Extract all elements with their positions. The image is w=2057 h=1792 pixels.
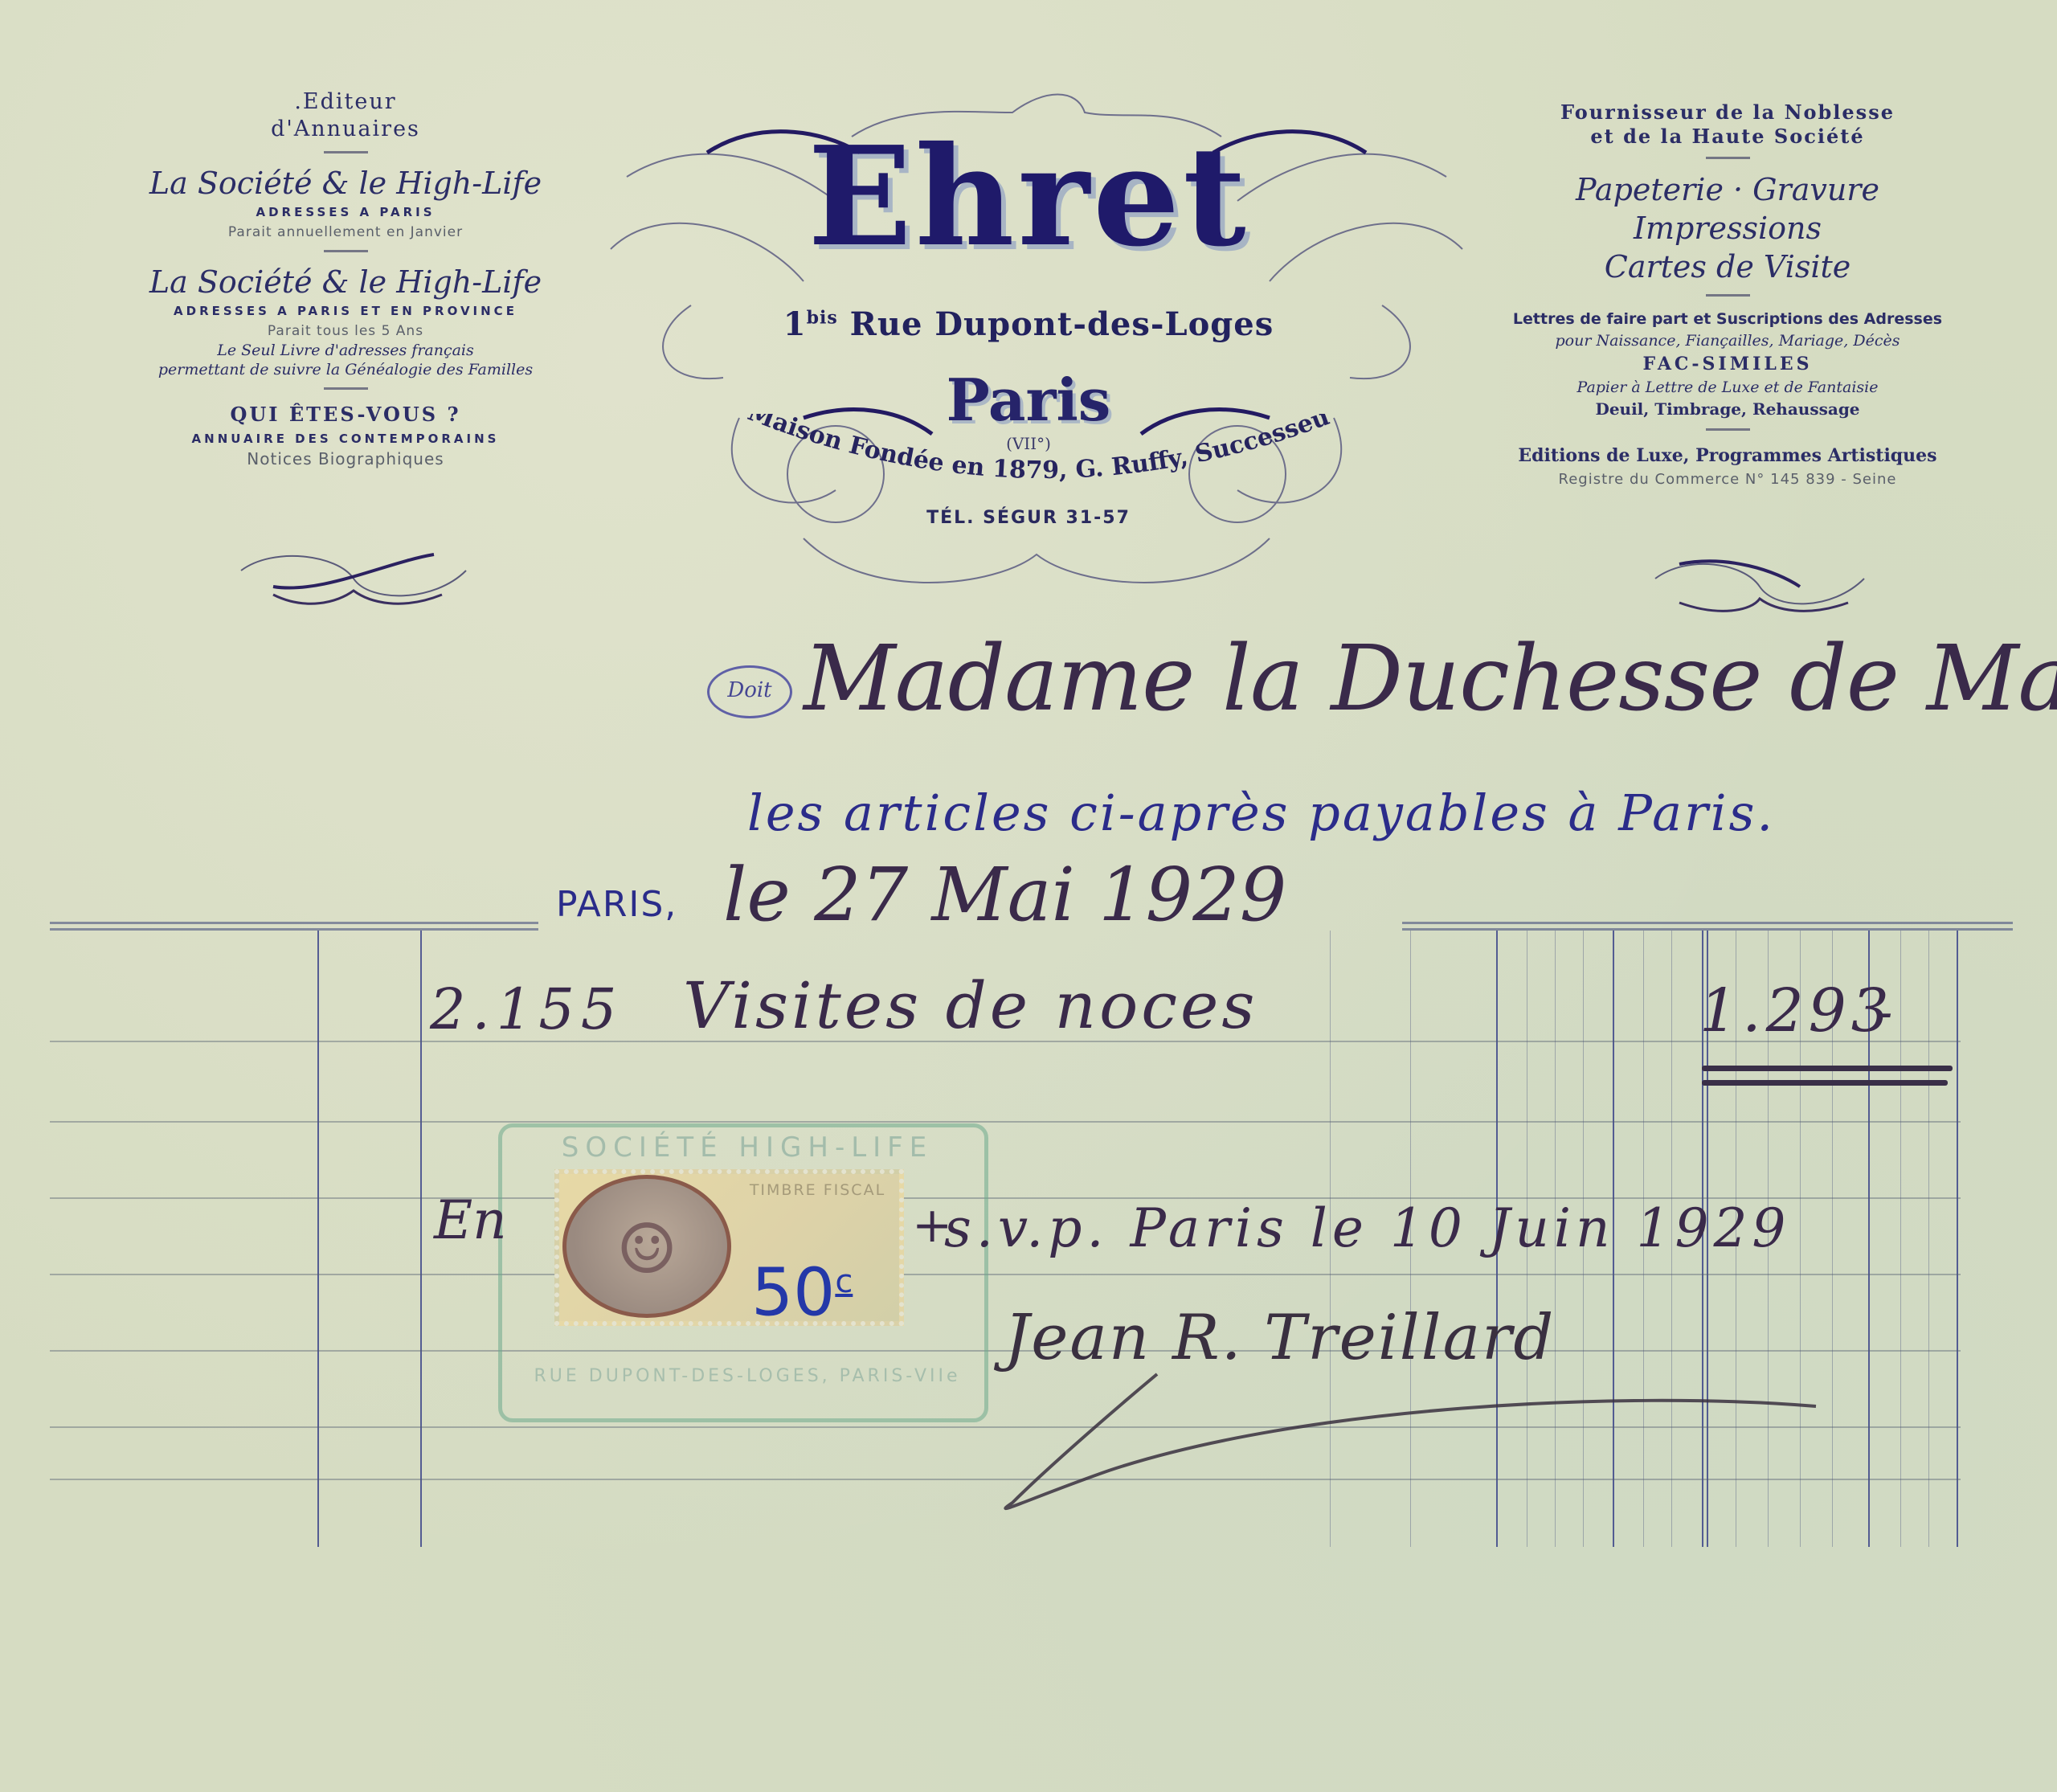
right-flourish-icon	[1639, 554, 1880, 619]
publication-3-note: Notices Biographiques	[96, 449, 595, 468]
publication-2-frequency: Parait tous les 5 Ans	[96, 321, 595, 341]
publication-1-subtitle: ADRESSES A PARIS	[96, 202, 595, 223]
annuaires-label: d'Annuaires	[96, 116, 595, 143]
line-item-amount-suffix: -	[1876, 984, 1892, 1041]
registry-label: Registre du Commerce N° 145 839 - Seine	[1478, 469, 1977, 490]
doit-badge: Doit	[707, 665, 792, 718]
divider	[1706, 294, 1750, 297]
divider	[324, 250, 368, 252]
left-flourish-icon	[225, 546, 482, 611]
total-underline-1	[1702, 1066, 1953, 1071]
letters-line-2: pour Naissance, Fiançailles, Mariage, Dé…	[1478, 330, 1977, 351]
signature-flourish-icon	[900, 1358, 1832, 1519]
publication-3-title: QUI ÊTES-VOUS ?	[96, 401, 595, 428]
publication-2-title: La Société & le High-Life	[96, 264, 595, 301]
divider	[1706, 428, 1750, 431]
telephone: TÉL. SÉGUR 31-57	[924, 508, 1133, 528]
brand-name: Ehret	[755, 121, 1302, 273]
letterhead-left-column: .Editeur d'Annuaires La Société & le Hig…	[96, 88, 595, 468]
founded-arc-text: Maison Fondée en 1879, G. Ruffy, Success…	[739, 414, 1350, 502]
svg-text:Maison Fondée en 1879, G. Ruff: Maison Fondée en 1879, G. Ruffy, Success…	[739, 414, 1333, 485]
receipt-prefix: En	[434, 1189, 507, 1251]
editions-label: Editions de Luxe, Programmes Artistiques	[1478, 442, 1977, 469]
payment-terms: les articles ci-après payables à Paris.	[747, 783, 1775, 842]
recipient-name: Madame la Duchesse de Maillé	[804, 627, 2057, 731]
letterhead-right-column: Fournisseur de la Noblesse et de la Haut…	[1478, 100, 1977, 490]
supplier-line-2: et de la Haute Société	[1478, 125, 1977, 149]
divider	[1706, 157, 1750, 159]
editeur-label: .Editeur	[96, 88, 595, 116]
deuil-label: Deuil, Timbrage, Rehaussage	[1478, 398, 1977, 420]
publication-1-frequency: Parait annuellement en Janvier	[96, 223, 595, 242]
line-item-description: Visites de noces	[683, 968, 1258, 1043]
paper-label: Papier à Lettre de Luxe et de Fantaisie	[1478, 377, 1977, 398]
place-label: PARIS,	[556, 884, 677, 925]
rubber-stamp-top-text: SOCIÉTÉ HIGH-LIFE	[522, 1131, 972, 1164]
address: 1bis Rue Dupont-des-Loges	[723, 305, 1334, 343]
invoice-date: le 27 Mai 1929	[723, 852, 1286, 938]
supplier-line-1: Fournisseur de la Noblesse	[1478, 100, 1977, 125]
divider	[324, 151, 368, 153]
address-number: 1	[783, 305, 807, 343]
address-street: Rue Dupont-des-Loges	[850, 305, 1274, 343]
facsimiles-label: FAC-SIMILES	[1478, 351, 1977, 377]
publication-2-note-1: Le Seul Livre d'adresses français	[96, 341, 595, 360]
total-underline-2	[1702, 1080, 1948, 1086]
publication-1-title: La Société & le High-Life	[96, 165, 595, 202]
address-bis: bis	[807, 308, 838, 329]
fiscal-stamp-header: TIMBRE FISCAL	[735, 1181, 900, 1199]
line-item-quantity: 2.155	[430, 976, 623, 1042]
profile-portrait-icon: ☺	[591, 1205, 703, 1294]
publication-3-subtitle: ANNUAIRE DES CONTEMPORAINS	[96, 428, 595, 449]
services-line-3: Cartes de Visite	[1478, 248, 1977, 286]
line-item-amount: 1.293	[1699, 976, 1894, 1045]
publication-2-subtitle: ADRESSES A PARIS ET EN PROVINCE	[96, 301, 595, 321]
letters-line-1: Lettres de faire part et Suscriptions de…	[1478, 308, 1977, 330]
divider	[324, 387, 368, 390]
services-line-1: Papeterie · Gravure	[1478, 170, 1977, 209]
services-line-2: Impressions	[1478, 209, 1977, 248]
receipt-text: s.v.p. Paris le 10 Juin 1929	[944, 1197, 1790, 1259]
fiscal-stamp-value: 50c	[751, 1246, 853, 1329]
publication-2-note-2: permettant de suivre la Généalogie des F…	[96, 360, 595, 379]
